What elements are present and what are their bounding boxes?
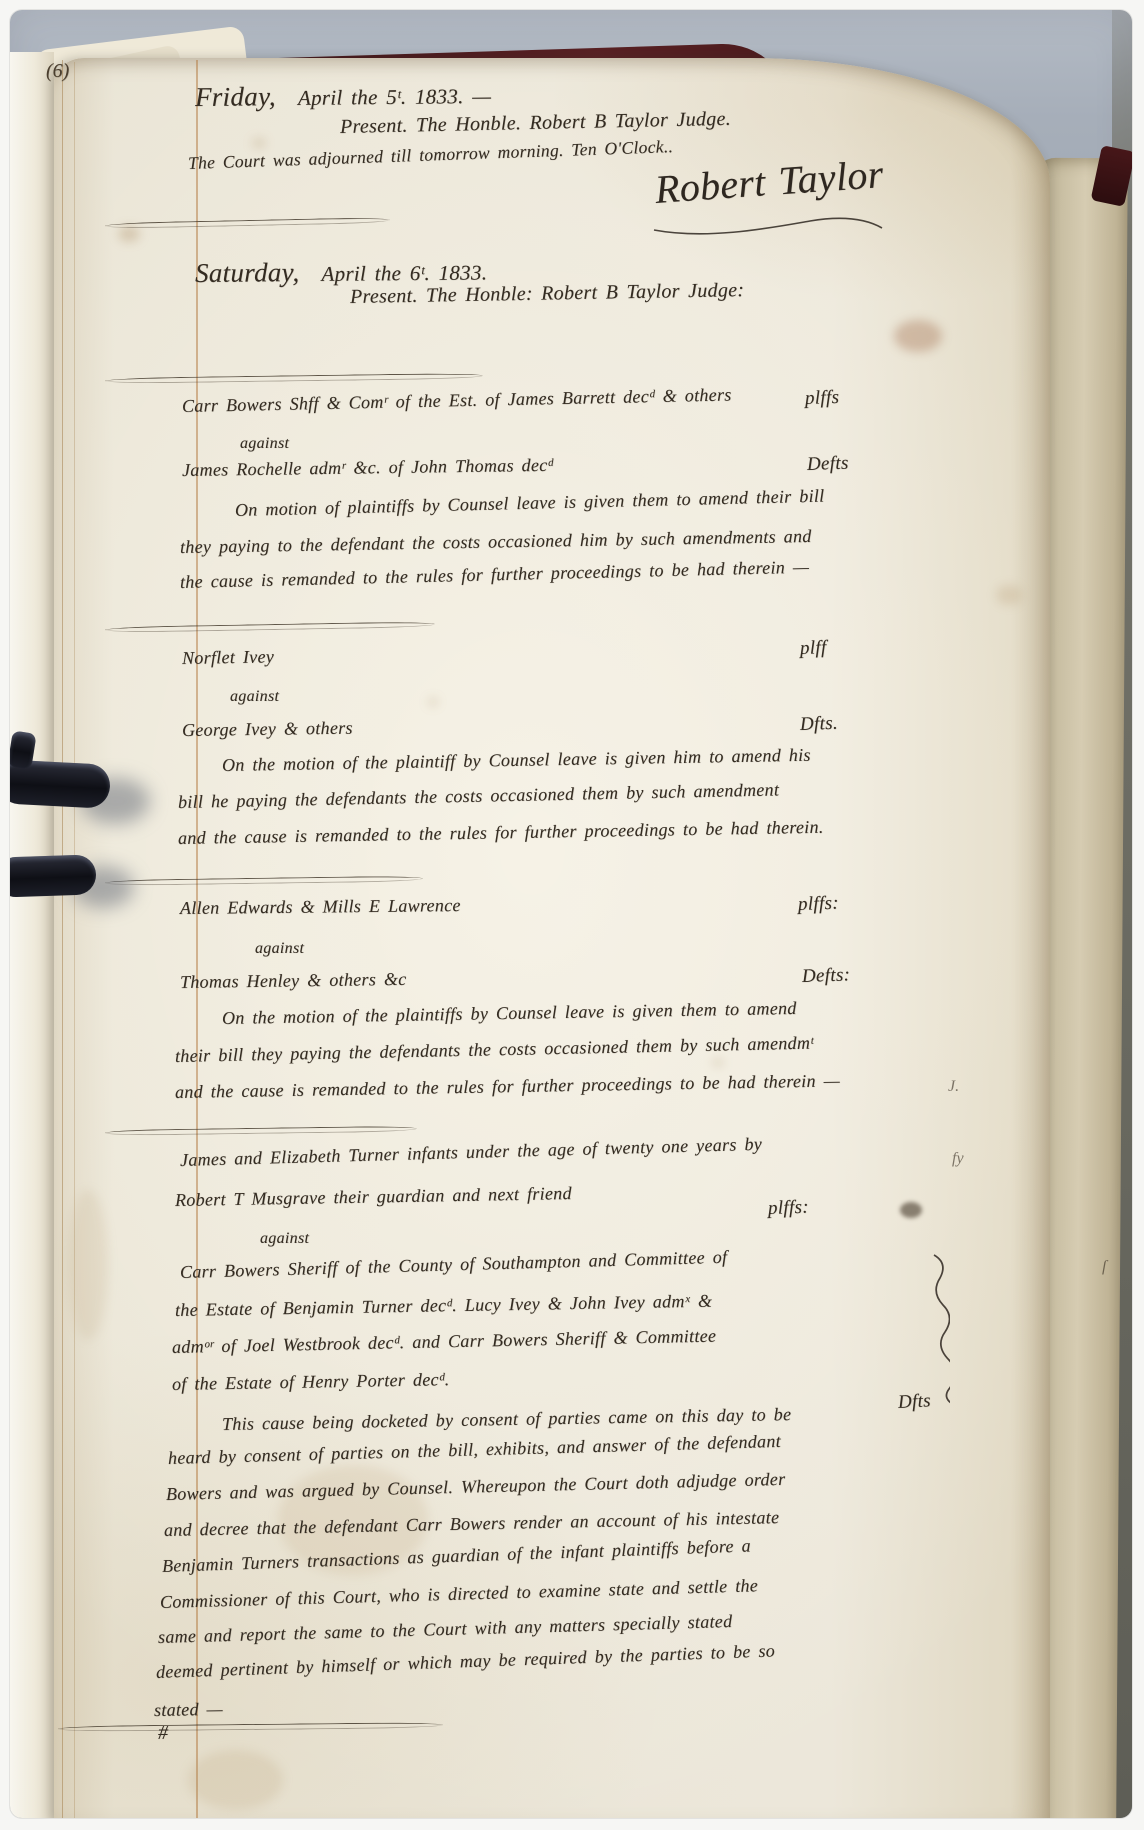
handwritten-content: Friday, April the 5ᵗ. 1833. — Present. T…	[10, 10, 1132, 1818]
session-date: April the 6ᵗ. 1833.	[321, 260, 487, 286]
case-3-plaintiff-label: plffs:	[798, 893, 840, 916]
case-2-plaintiff: Norflet Ivey	[182, 646, 274, 669]
case-3-defendant-label: Defts:	[802, 964, 851, 988]
section-divider	[105, 1126, 417, 1136]
case-2-against: against	[230, 688, 279, 706]
case-2-defendant-label: Dfts.	[800, 713, 839, 736]
case-4-order-line-5: Benjamin Turners transactions as guardia…	[162, 1535, 752, 1577]
case-2-order-line-2: bill he paying the defendants the costs …	[178, 779, 780, 813]
edge-ink-mark: J.	[948, 1078, 959, 1096]
case-1-order-line-2: they paying to the defendant the costs o…	[180, 526, 812, 558]
session-friday-present: Present. The Honble. Robert B Taylor Jud…	[340, 108, 731, 139]
edge-ink-mark: ſ	[1102, 1258, 1106, 1276]
case-3-against: against	[255, 940, 304, 958]
case-1-defendant-label: Defts	[807, 453, 849, 476]
case-4-plaintiff-line-2: Robert T Musgrave their guardian and nex…	[175, 1183, 572, 1211]
section-divider	[105, 876, 423, 886]
case-1-plaintiff: Carr Bowers Shff & Comʳ of the Est. of J…	[182, 384, 732, 417]
photograph-of-court-minute-book: (6) Friday, April the 5ᵗ. 1833. — Presen…	[10, 10, 1132, 1818]
case-1-plaintiff-label: plffs	[805, 387, 840, 410]
case-4-plaintiff-label: plffs:	[768, 1197, 810, 1220]
case-4-order-line-3: Bowers and was argued by Counsel. Whereu…	[166, 1469, 786, 1505]
session-day: Friday,	[195, 81, 276, 113]
case-4-order-line-4: and decree that the defendant Carr Bower…	[164, 1507, 780, 1541]
case-1-order-line-3: the cause is remanded to the rules for f…	[180, 557, 810, 593]
defendants-brace	[922, 1253, 950, 1410]
case-2-order-line-3: and the cause is remanded to the rules f…	[178, 817, 824, 849]
case-4-defendant-line-3: admᵒʳ of Joel Westbrook decᵈ. and Carr B…	[172, 1326, 717, 1358]
case-3-defendant: Thomas Henley & others &c	[180, 969, 407, 993]
case-4-order-line-1: This cause being docketed by consent of …	[222, 1404, 792, 1435]
case-4-defendant-line-1: Carr Bowers Sheriff of the County of Sou…	[180, 1247, 728, 1283]
case-4-against: against	[260, 1230, 309, 1248]
binder-ring-clip	[10, 854, 97, 897]
case-2-defendant: George Ivey & others	[182, 718, 353, 741]
case-4-order-line-2: heard by consent of parties on the bill,…	[168, 1431, 782, 1469]
case-3-order-line-1: On the motion of the plaintiffs by Couns…	[222, 998, 797, 1029]
section-divider	[105, 621, 435, 633]
session-friday-heading: Friday, April the 5ᵗ. 1833. —	[195, 79, 491, 113]
section-divider	[105, 373, 483, 384]
edge-ink-mark: fy	[952, 1150, 964, 1168]
case-3-plaintiff: Allen Edwards & Mills E Lawrence	[180, 895, 461, 919]
session-date: April the 5ᵗ. 1833. —	[298, 84, 492, 111]
case-4-defendant-line-4: of the Estate of Henry Porter decᵈ.	[172, 1369, 450, 1395]
case-3-order-line-2: their bill they paying the defendants th…	[175, 1033, 814, 1067]
signature-flourish	[650, 212, 886, 245]
case-2-plaintiff-label: plff	[800, 637, 827, 660]
case-4-order-line-9: stated —	[154, 1699, 223, 1721]
case-1-defendant: James Rochelle admʳ &c. of John Thomas d…	[182, 455, 554, 481]
case-3-order-line-3: and the cause is remanded to the rules f…	[175, 1070, 840, 1103]
case-4-order-line-8: deemed pertinent by himself or which may…	[156, 1640, 776, 1683]
case-4-defendant-line-2: the Estate of Benjamin Turner decᵈ. Lucy…	[175, 1291, 713, 1321]
case-1-against: against	[240, 435, 289, 453]
case-2-order-line-1: On the motion of the plaintiff by Counse…	[222, 745, 811, 776]
section-divider	[105, 217, 390, 229]
section-divider	[58, 1722, 443, 1732]
case-4-order-line-7: same and report the same to the Court wi…	[158, 1611, 733, 1648]
judge-signature: Robert Taylor	[653, 150, 885, 213]
session-day: Saturday,	[195, 257, 300, 289]
case-1-order-line-1: On motion of plaintiffs by Counsel leave…	[235, 486, 825, 521]
case-4-order-line-6: Commissioner of this Court, who is direc…	[160, 1575, 759, 1613]
case-4-plaintiff-line-1: James and Elizabeth Turner infants under…	[180, 1134, 763, 1171]
court-adjourned-line: The Court was adjourned till tomorrow mo…	[188, 136, 674, 174]
